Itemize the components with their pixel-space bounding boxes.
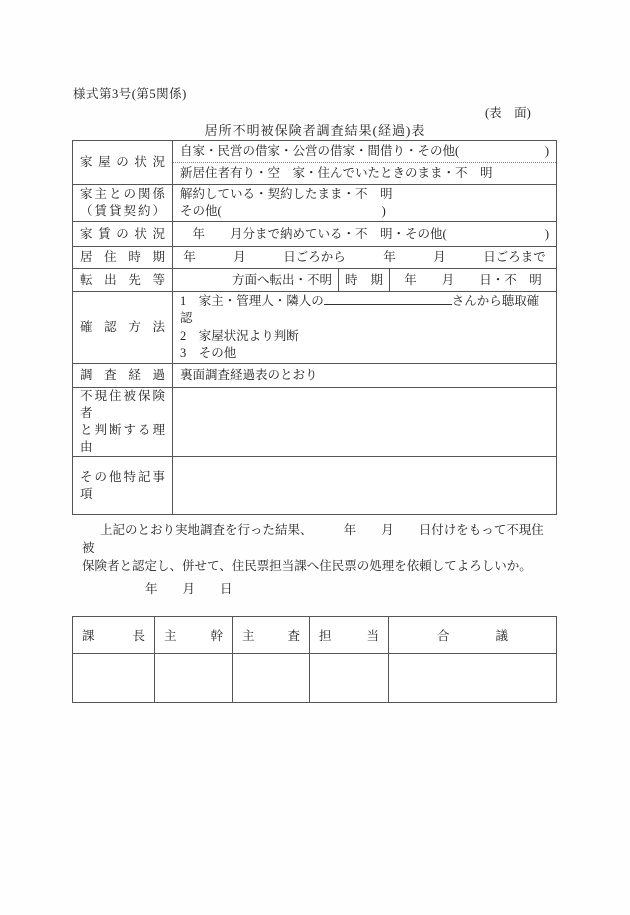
moveout-timing-value: 年 月 日・不 明 (390, 269, 556, 291)
house-status-value-cell: 自家・民営の借家・公営の借家・間借り・その他( ) 新居住者有り・空 家・住んで… (173, 141, 557, 185)
date-line: 年 月 日 (145, 579, 233, 597)
confirmation-item-3: 3 その他 (180, 345, 549, 362)
moveout-timing-label: 時期 (338, 269, 390, 291)
notes-value-cell (173, 457, 557, 515)
moveout-label: 転出先等 (73, 269, 173, 292)
landlord-other-option: その他() (180, 203, 549, 220)
house-status-row: 家屋の状況 自家・民営の借家・公営の借家・間借り・その他( ) 新居住者有り・空… (73, 141, 557, 185)
approval-table: 課長 主幹 主査 担当 合議 (72, 616, 557, 703)
survey-progress-value: 裏面調査経過表のとおり (173, 364, 557, 388)
notes-label: その他特記事項 (73, 457, 173, 515)
statement-paragraph: 上記のとおり実地調査を行った結果、 年 月 日付けをもって不現住被 保険者と認定… (82, 521, 554, 575)
reason-value-cell (173, 388, 557, 457)
survey-progress-label: 調査経過 (73, 364, 173, 388)
notes-row: その他特記事項 (73, 457, 557, 515)
landlord-relation-value-cell: 解約している・契約したまま・不 明 その他() (173, 185, 557, 222)
landlord-relation-row: 家主との関係 （賃貸契約） 解約している・契約したまま・不 明 その他() (73, 185, 557, 222)
landlord-relation-label: 家主との関係 （賃貸契約） (73, 185, 173, 222)
approval-cell-consultation (389, 654, 557, 703)
approval-header-consultation: 合議 (389, 617, 557, 654)
approval-header-person-in-charge: 担当 (310, 617, 389, 654)
confirmation-method-row: 確認方法 1 家主・管理人・隣人のさんから聴取確認 2 家屋状況より判断 3 そ… (73, 292, 557, 364)
rent-status-options: 年 月分まで納めている・不 明・その他( ) (180, 226, 549, 243)
survey-table: 家屋の状況 自家・民営の借家・公営の借家・間借り・その他( ) 新居住者有り・空… (72, 140, 557, 515)
residence-period-value: 年 月 日ごろから 年 月 日ごろまで (173, 247, 557, 269)
house-status-label: 家屋の状況 (73, 141, 173, 185)
approval-header-row: 課長 主幹 主査 担当 合議 (73, 617, 557, 654)
reason-label: 不現住被保険者 と判断する理由 (73, 388, 173, 457)
survey-progress-row: 調査経過 裏面調査経過表のとおり (73, 364, 557, 388)
page-title: 居所不明被保険者調査結果(経過)表 (0, 120, 630, 139)
statement-line-2: 保険者と認定し、併せて、住民票担当課へ住民票の処理を依頼してよろしいか。 (82, 557, 554, 575)
blank-underline (324, 294, 452, 305)
approval-header-senior-staff: 主幹 (155, 617, 233, 654)
rent-status-label: 家賃の状況 (73, 222, 173, 247)
document-page: 様式第3号(第5関係) (表 面) 居所不明被保険者調査結果(経過)表 家屋の状… (0, 0, 630, 915)
house-occupancy-options: 新居住者有り・空 家・住んでいたときのまま・不 明 (173, 163, 556, 184)
approval-cell-person-in-charge (310, 654, 389, 703)
approval-header-section-chief: 課長 (73, 617, 155, 654)
moveout-value-cell: 方面へ転出・不明 時期 年 月 日・不 明 (173, 269, 557, 292)
confirmation-method-label: 確認方法 (73, 292, 173, 364)
confirmation-method-value-cell: 1 家主・管理人・隣人のさんから聴取確認 2 家屋状況より判断 3 その他 (173, 292, 557, 364)
residence-period-label: 居住時期 (73, 247, 173, 269)
approval-stamp-row (73, 654, 557, 703)
rent-status-row: 家賃の状況 年 月分まで納めている・不 明・その他( ) (73, 222, 557, 247)
statement-line-1: 上記のとおり実地調査を行った結果、 年 月 日付けをもって不現住被 (82, 521, 554, 557)
confirmation-item-2: 2 家屋状況より判断 (180, 328, 549, 345)
approval-cell-chief-examiner (233, 654, 310, 703)
rent-status-value-cell: 年 月分まで納めている・不 明・その他( ) (173, 222, 557, 247)
confirmation-item-1: 1 家主・管理人・隣人のさんから聴取確認 (180, 293, 549, 328)
reason-row: 不現住被保険者 と判断する理由 (73, 388, 557, 457)
side-label: (表 面) (485, 103, 531, 121)
house-type-options: 自家・民営の借家・公営の借家・間借り・その他( ) (173, 142, 556, 163)
residence-period-row: 居住時期 年 月 日ごろから 年 月 日ごろまで (73, 247, 557, 269)
approval-cell-senior-staff (155, 654, 233, 703)
form-number-label: 様式第3号(第5関係) (73, 84, 187, 102)
approval-cell-section-chief (73, 654, 155, 703)
approval-header-chief-examiner: 主査 (233, 617, 310, 654)
moveout-row: 転出先等 方面へ転出・不明 時期 年 月 日・不 明 (73, 269, 557, 292)
landlord-status-options: 解約している・契約したまま・不 明 (180, 186, 549, 203)
moveout-destination: 方面へ転出・不明 (173, 269, 338, 291)
